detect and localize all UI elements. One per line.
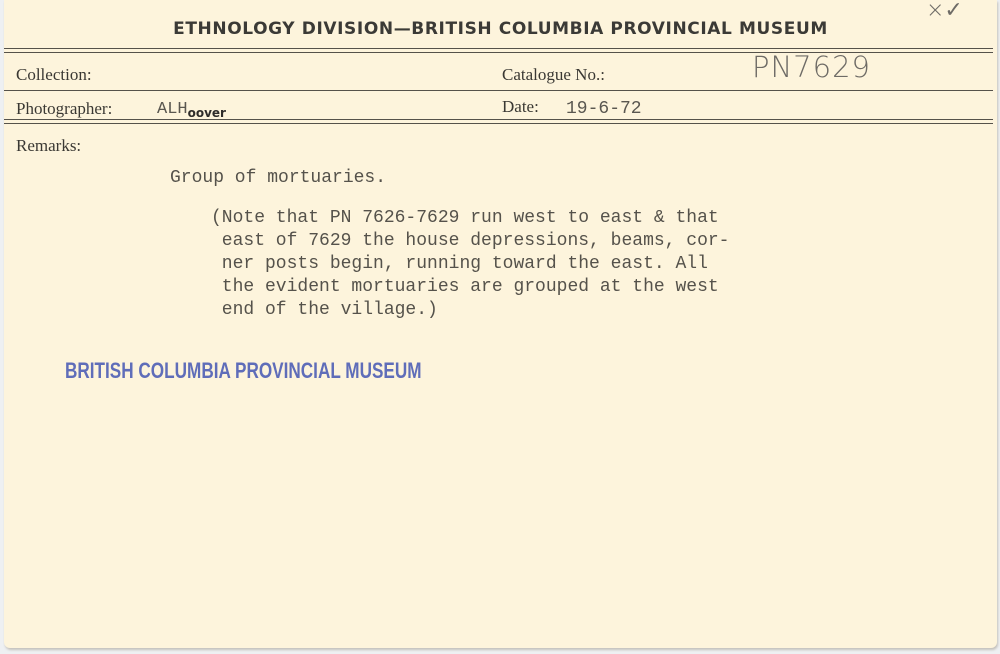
museum-stamp: BRITISH COLUMBIA PROVINCIAL MUSEUM [65,358,422,384]
photographer-handwritten: oover [188,106,226,120]
photographer-initials: ALH [157,100,188,119]
remarks-note: (Note that PN 7626-7629 run west to east… [211,207,729,322]
note-line: (Note that PN 7626-7629 run west to east… [211,207,729,230]
photographer-rule-top [4,119,993,120]
corner-check-marks: ×✓ [926,0,963,23]
photographer-label: Photographer: [16,99,112,119]
note-line: east of 7629 the house depressions, beam… [211,230,729,253]
photographer-rule-bottom [4,123,993,124]
remarks-label: Remarks: [16,136,81,156]
header-rule-top [4,48,993,49]
note-line: the evident mortuaries are grouped at th… [211,276,729,299]
photographer-value: ALHoover [157,100,226,119]
note-line: end of the village.) [211,299,729,322]
catalogue-card: ETHNOLOGY DIVISION—BRITISH COLUMBIA PROV… [4,0,997,648]
catalogue-value: PN7629 [752,50,871,84]
date-label: Date: [502,97,539,117]
date-value: 19-6-72 [566,99,642,119]
catalogue-label: Catalogue No.: [502,65,605,85]
collection-label: Collection: [16,65,92,85]
collection-rule [4,90,993,91]
remarks-title: Group of mortuaries. [170,167,386,190]
header-title: ETHNOLOGY DIVISION—BRITISH COLUMBIA PROV… [4,19,997,39]
note-line: ner posts begin, running toward the east… [211,253,729,276]
